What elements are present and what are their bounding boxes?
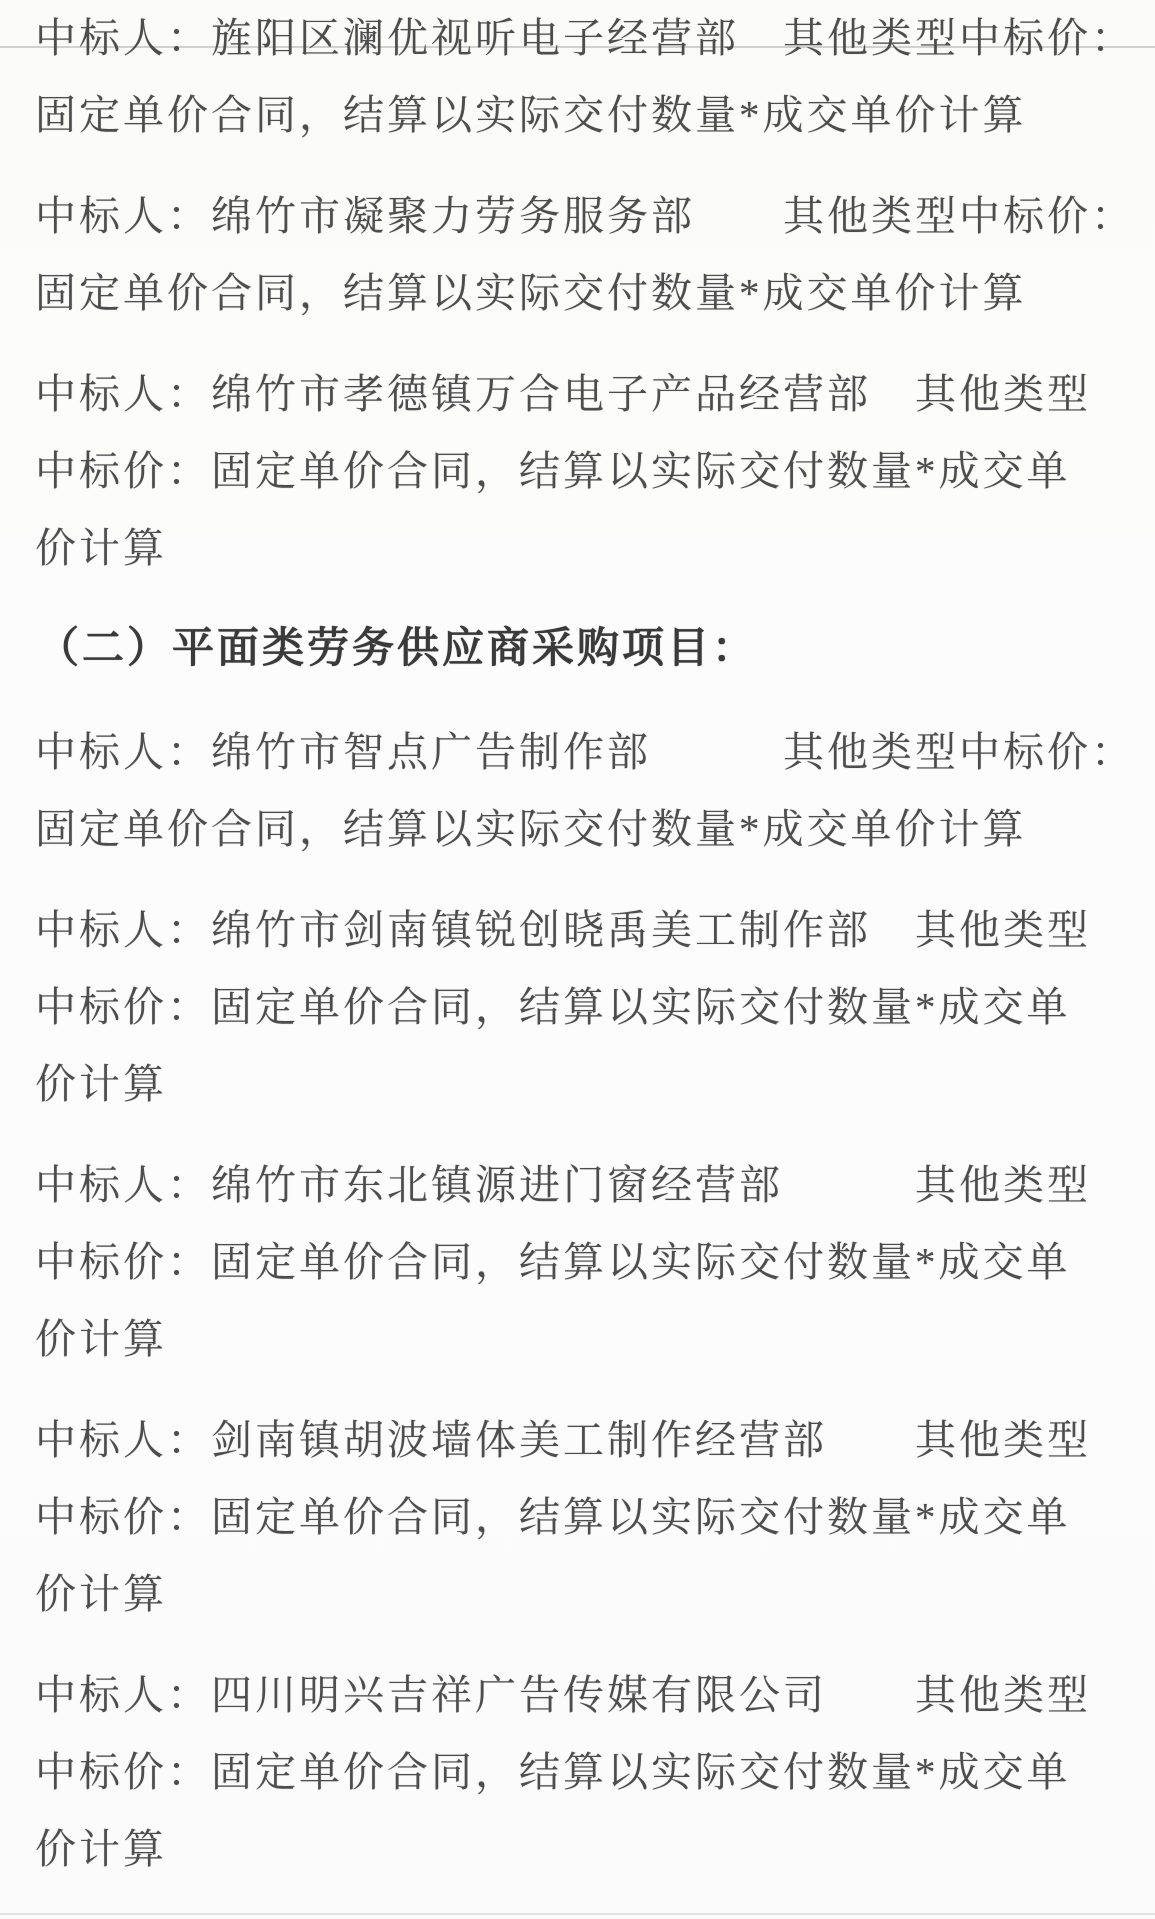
text-line: 中标人：剑南镇胡波墙体美工制作经营部 其他类型 [35,1402,1133,1479]
text-line: 价计算 [35,1556,1133,1633]
text-line: 中标价：固定单价合同，结算以实际交付数量*成交单 [35,1224,1133,1301]
text-line: 中标人：旌阳区澜优视听电子经营部 其他类型中标价： [35,0,1133,77]
document-body: 中标人：旌阳区澜优视听电子经营部 其他类型中标价： 固定单价合同，结算以实际交付… [35,0,1133,1912]
bid-entry: 中标人：绵竹市东北镇源进门窗经营部 其他类型 中标价：固定单价合同，结算以实际交… [35,1147,1133,1378]
text-line: 中标人：绵竹市剑南镇锐创晓禹美工制作部 其他类型 [35,892,1133,969]
text-line: 价计算 [35,1301,1133,1378]
text-line: 中标价：固定单价合同，结算以实际交付数量*成交单 [35,1734,1133,1811]
text-line: 中标价：固定单价合同，结算以实际交付数量*成交单 [35,433,1133,510]
bid-entry: 中标人：绵竹市孝德镇万合电子产品经营部 其他类型 中标价：固定单价合同，结算以实… [35,356,1133,587]
bid-entry: 中标人：绵竹市智点广告制作部 其他类型中标价： 固定单价合同，结算以实际交付数量… [35,714,1133,868]
bid-entry: 中标人：绵竹市凝聚力劳务服务部 其他类型中标价： 固定单价合同，结算以实际交付数… [35,178,1133,332]
bid-entry: 中标人：剑南镇胡波墙体美工制作经营部 其他类型 中标价：固定单价合同，结算以实际… [35,1402,1133,1633]
text-line: 固定单价合同，结算以实际交付数量*成交单价计算 [35,791,1133,868]
text-line: 中标人：绵竹市东北镇源进门窗经营部 其他类型 [35,1147,1133,1224]
bid-entry: 中标人：旌阳区澜优视听电子经营部 其他类型中标价： 固定单价合同，结算以实际交付… [35,0,1133,154]
text-line: 固定单价合同，结算以实际交付数量*成交单价计算 [35,255,1133,332]
section-heading: （二）平面类劳务供应商采购项目： [37,611,1133,688]
bid-entry: 中标人：绵竹市剑南镇锐创晓禹美工制作部 其他类型 中标价：固定单价合同，结算以实… [35,892,1133,1123]
text-line: 中标价：固定单价合同，结算以实际交付数量*成交单 [35,1479,1133,1556]
text-line: 中标人：绵竹市凝聚力劳务服务部 其他类型中标价： [35,178,1133,255]
text-line: 价计算 [35,510,1133,587]
bid-entry: 中标人：四川明兴吉祥广告传媒有限公司 其他类型 中标价：固定单价合同，结算以实际… [35,1657,1133,1888]
text-line: 固定单价合同，结算以实际交付数量*成交单价计算 [35,77,1133,154]
text-line: 价计算 [35,1811,1133,1888]
text-line: 价计算 [35,1046,1133,1123]
text-line: 中标价：固定单价合同，结算以实际交付数量*成交单 [35,969,1133,1046]
text-line: 中标人：绵竹市孝德镇万合电子产品经营部 其他类型 [35,356,1133,433]
scan-artifact-line-bottom [0,1913,1155,1915]
text-line: 中标人：绵竹市智点广告制作部 其他类型中标价： [35,714,1133,791]
scanned-document-page: 中标人：旌阳区澜优视听电子经营部 其他类型中标价： 固定单价合同，结算以实际交付… [0,0,1155,1919]
text-line: 中标人：四川明兴吉祥广告传媒有限公司 其他类型 [35,1657,1133,1734]
